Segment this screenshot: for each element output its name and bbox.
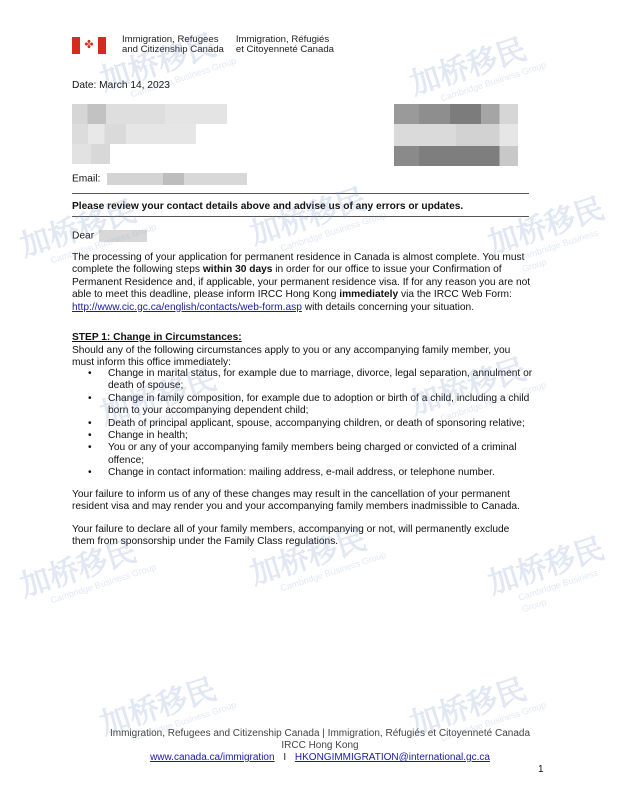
salutation: Dear bbox=[72, 230, 147, 243]
web-form-link[interactable]: http://www.cic.gc.ca/english/contacts/we… bbox=[72, 302, 302, 313]
page-number: 1 bbox=[538, 764, 544, 776]
letterhead: ✤ Immigration, Refugees and Citizenship … bbox=[72, 34, 346, 56]
email-label: Email: bbox=[72, 174, 100, 185]
canada-flag-icon: ✤ bbox=[72, 37, 106, 54]
step1-heading: STEP 1: Change in Circumstances: bbox=[72, 332, 242, 344]
dept-name-fr: Immigration, Réfugiés et Citoyenneté Can… bbox=[236, 35, 334, 56]
watermark: 加桥移民Cambridge Business Group bbox=[407, 30, 548, 112]
redacted-name bbox=[99, 230, 147, 242]
page-footer: Immigration, Refugees and Citizenship Ca… bbox=[80, 728, 560, 764]
dept-name-en: Immigration, Refugees and Citizenship Ca… bbox=[122, 35, 224, 56]
website-link[interactable]: www.canada.ca/immigration bbox=[150, 752, 275, 763]
failure-inform-paragraph: Your failure to inform us of any of thes… bbox=[72, 489, 534, 514]
list-item: Change in contact information: mailing a… bbox=[72, 467, 534, 479]
list-item: Change in health; bbox=[72, 430, 534, 442]
review-notice: Please review your contact details above… bbox=[72, 201, 463, 213]
step1-intro: Should any of the following circumstance… bbox=[72, 345, 534, 370]
divider-bottom bbox=[72, 216, 529, 217]
list-item: Change in family composition, for exampl… bbox=[72, 393, 534, 418]
list-item: Change in marital status, for example du… bbox=[72, 368, 534, 393]
redacted-email bbox=[107, 173, 247, 185]
circumstances-list: Change in marital status, for example du… bbox=[72, 368, 534, 480]
intro-paragraph: The processing of your application for p… bbox=[72, 252, 534, 314]
letter-date: Date: March 14, 2023 bbox=[72, 80, 170, 92]
divider-top bbox=[72, 193, 529, 194]
email-line: Email: bbox=[72, 173, 247, 186]
list-item: Death of principal applicant, spouse, ac… bbox=[72, 418, 534, 430]
failure-declare-paragraph: Your failure to declare all of your fami… bbox=[72, 524, 534, 549]
email-link[interactable]: HKONGIMMIGRATION@international.gc.ca bbox=[295, 752, 490, 763]
list-item: You or any of your accompanying family m… bbox=[72, 442, 534, 467]
